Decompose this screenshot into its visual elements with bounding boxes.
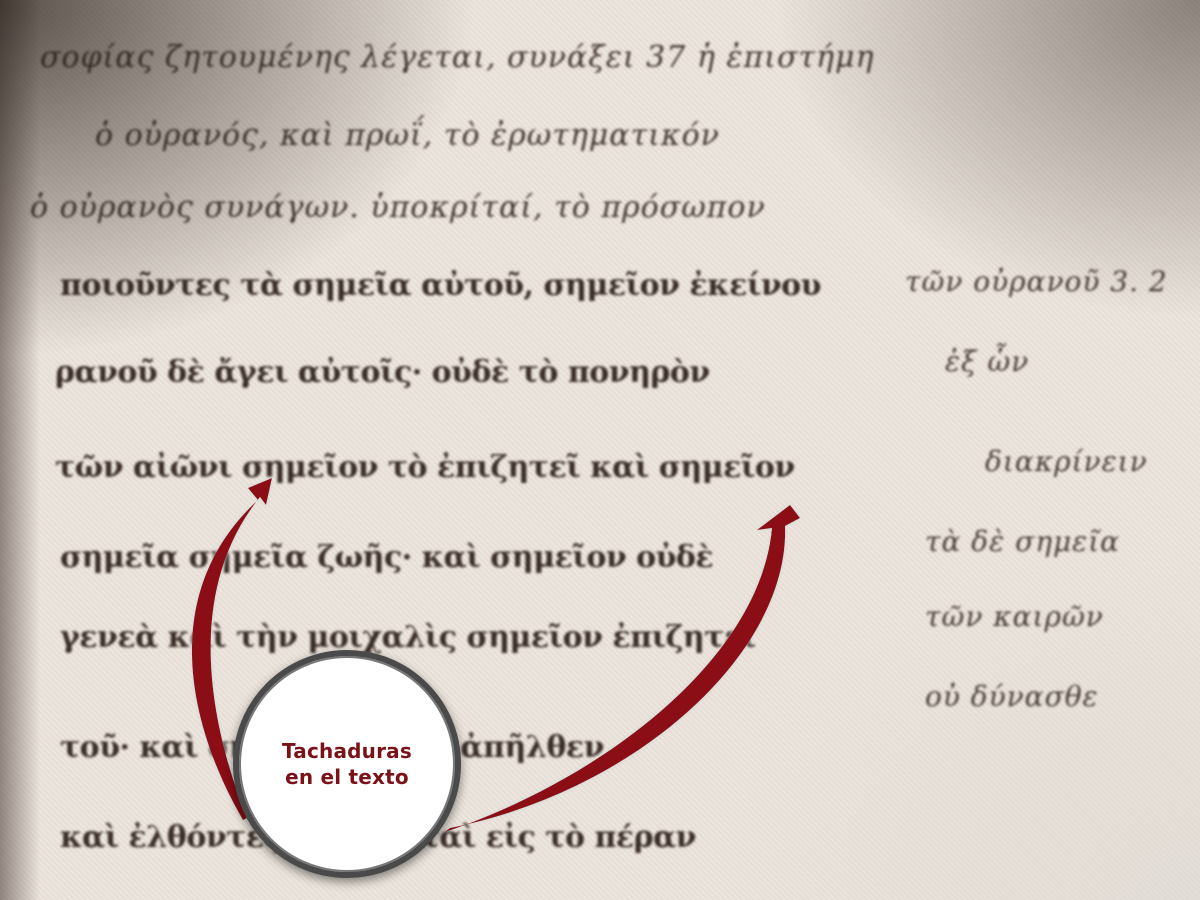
- margin-note: τῶν οὐρανοῦ 3. 2: [905, 265, 1168, 298]
- manuscript-line: σοφίας ζητουμένης λέγεται, συνάξει 37 ἡ …: [40, 40, 874, 75]
- margin-note: τὰ δὲ σημεῖα: [925, 525, 1120, 558]
- margin-note: τῶν καιρῶν: [925, 600, 1104, 633]
- manuscript-photo: σοφίας ζητουμένης λέγεται, συνάξει 37 ἡ …: [0, 0, 1200, 900]
- manuscript-line: ὁ οὐρανός, καὶ πρωΐ, τὸ ἐρωτηματικόν: [95, 118, 720, 153]
- manuscript-line: τῶν αἰῶνι σημεῖον τὸ ἐπιζητεῖ καὶ σημεῖο…: [55, 450, 795, 485]
- callout-label-line1: Tachaduras: [282, 738, 412, 764]
- manuscript-line: σημεῖα σημεῖα ζωῆς· καὶ σημεῖον οὐδὲ: [60, 540, 713, 575]
- manuscript-line: γενεὰ καὶ τὴν μοιχαλὶς σημεῖον ἐπιζητεῖ: [60, 620, 756, 655]
- manuscript-line: ὁ οὐρανὸς συνάγων. ὑποκρίταί, τὸ πρόσωπο…: [30, 190, 766, 225]
- manuscript-line: ρανοῦ δὲ ἄγει αὐτοῖς· οὐδὲ τὸ πονηρὸν: [55, 355, 710, 390]
- manuscript-line: ποιοῦντες τὰ σημεῖα αὐτοῦ, σημεῖον ἐκείν…: [60, 268, 821, 303]
- margin-note: διακρίνειν: [985, 445, 1148, 478]
- margin-note: οὐ δύνασθε: [925, 680, 1099, 713]
- margin-note: ἐξ ὧν: [945, 345, 1029, 378]
- callout-label-line2: en el texto: [285, 764, 409, 790]
- callout-circle: Tachaduras en el texto: [233, 650, 461, 878]
